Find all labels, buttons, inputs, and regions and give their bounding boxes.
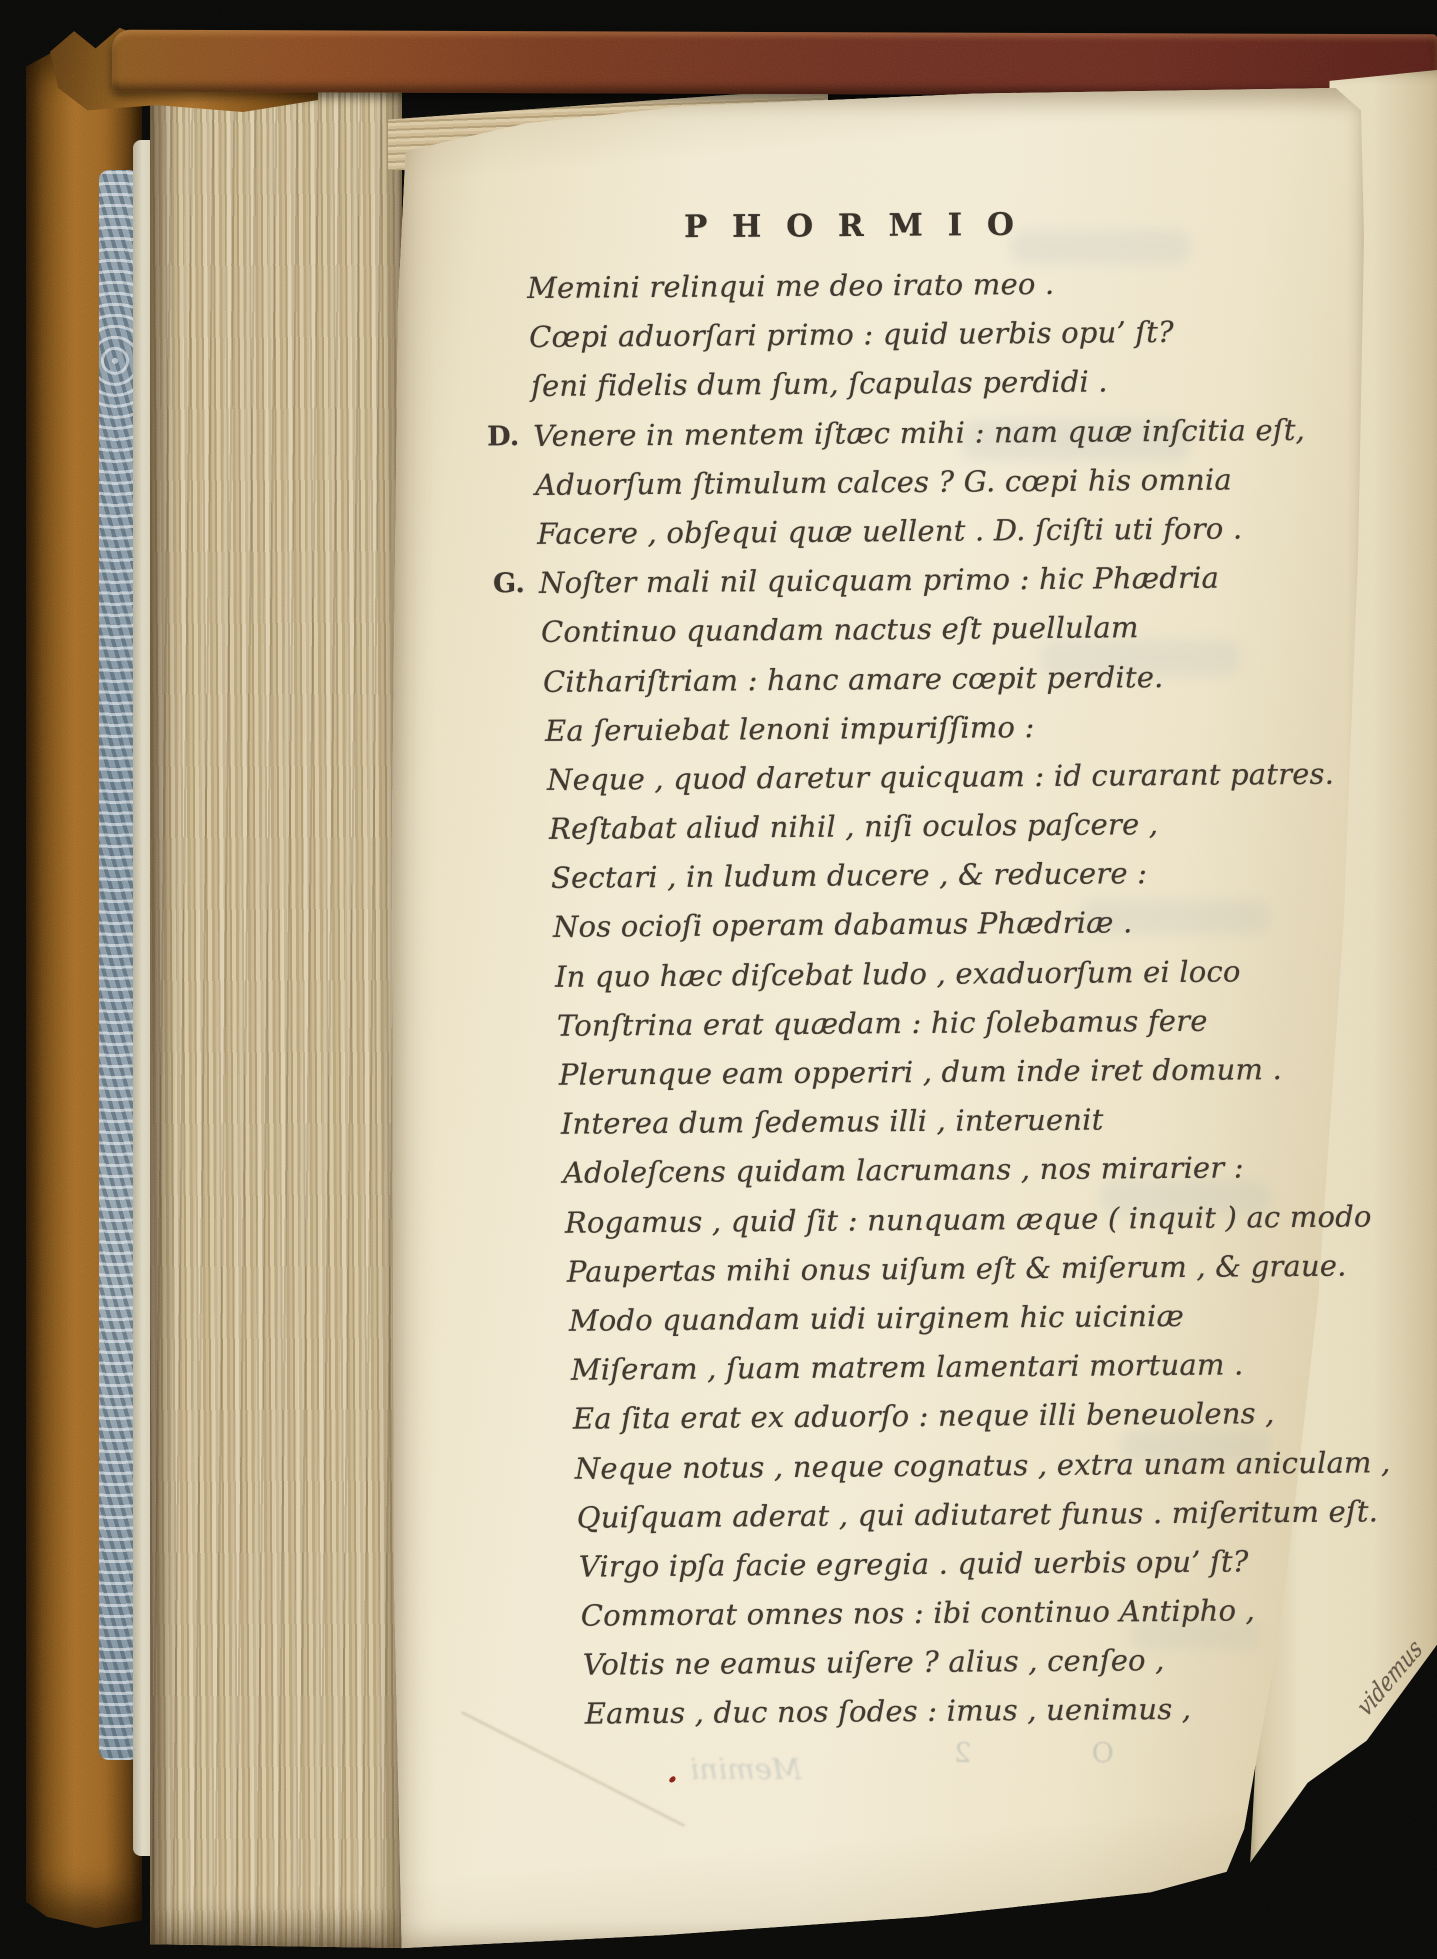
line-text: Rogamus , quid ſit : nunquam æque ( inqu… bbox=[565, 1199, 1372, 1239]
text-line: Adoleſcens quidam lacrumans , nos mirari… bbox=[563, 1143, 1389, 1199]
line-text: Adoleſcens quidam lacrumans , nos mirari… bbox=[563, 1151, 1244, 1190]
line-text: Eamus , duc nos ſodes : imus , uenimus , bbox=[585, 1692, 1192, 1731]
line-text: Nos ocioſi operam dabamus Phædriæ . bbox=[553, 906, 1133, 945]
printed-content: P H O R M I O Memini relinqui me deo ira… bbox=[0, 0, 1437, 1959]
text-line: Aduorſum ſtimulum calces ? G. cœpi his o… bbox=[535, 454, 1383, 510]
line-text: Modo quandam uidi uirginem hic uiciniæ bbox=[569, 1299, 1184, 1338]
text-line: Nos ocioſi operam dabamus Phædriæ . bbox=[553, 897, 1387, 953]
text-line: Memini relinqui me deo irato meo . bbox=[527, 257, 1381, 313]
text-line: Continuo quandam nactus eſt puellulam bbox=[541, 602, 1384, 658]
mirrored-word-showthrough: Memini bbox=[690, 1752, 802, 1786]
line-text: Neque notus , neque cognatus , extra una… bbox=[575, 1445, 1391, 1485]
signature-mark-showthrough: O 2 bbox=[898, 1738, 1114, 1769]
text-line: D.Venere in mentem iſtæc mihi : nam quæ … bbox=[533, 405, 1383, 461]
line-text: Sectari , in ludum ducere , & reducere : bbox=[551, 856, 1147, 895]
text-line: Facere , obſequi quæ uellent . D. ſciſti… bbox=[537, 503, 1383, 559]
speaker-label: G. bbox=[493, 559, 525, 608]
text-line: Paupertas mihi onus uiſum eſt & miſerum … bbox=[567, 1241, 1389, 1297]
line-text: Neque , quod daretur quicquam : id curar… bbox=[547, 757, 1334, 797]
text-line: In quo hæc diſcebat ludo , exaduorſum ei… bbox=[555, 946, 1387, 1002]
text-line: Ea ſeruiebat lenoni impuriſſimo : bbox=[545, 700, 1385, 756]
text-line: ſeni fidelis dum ſum, ſcapulas perdidi . bbox=[531, 356, 1382, 412]
text-line: Eamus , duc nos ſodes : imus , uenimus , bbox=[585, 1684, 1393, 1740]
text-line: Reſtabat aliud nihil , niſi oculos paſce… bbox=[549, 798, 1386, 854]
line-text: Miſeram , ſuam matrem lamentari mortuam … bbox=[571, 1348, 1244, 1387]
line-text: In quo hæc diſcebat ludo , exaduorſum ei… bbox=[555, 954, 1241, 993]
line-text: Cithariſtriam : hanc amare cœpit perdite… bbox=[543, 660, 1164, 699]
text-line: Plerunque eam opperiri , dum inde iret d… bbox=[559, 1044, 1388, 1100]
line-text: Commorat omnes nos : ibi continuo Antiph… bbox=[581, 1593, 1255, 1632]
line-text: Virgo ipſa facie egregia . quid uerbis o… bbox=[579, 1544, 1249, 1583]
text-line: G.Noſter mali nil quicquam primo : hic P… bbox=[539, 552, 1384, 608]
text-line: Sectari , in ludum ducere , & reducere : bbox=[551, 848, 1386, 904]
text-line: Miſeram , ſuam matrem lamentari mortuam … bbox=[571, 1339, 1390, 1395]
text-line: Interea dum ſedemus illi , interuenit bbox=[561, 1093, 1388, 1149]
line-text: Cœpi aduorſari primo : quid uerbis opu’ … bbox=[529, 315, 1174, 354]
line-text: Aduorſum ſtimulum calces ? G. cœpi his o… bbox=[535, 462, 1232, 501]
text-line: Voltis ne eamus uiſere ? alius , cenſeo … bbox=[583, 1634, 1393, 1690]
line-text: Plerunque eam opperiri , dum inde iret d… bbox=[559, 1052, 1282, 1092]
text-line: Ea ſita erat ex aduorſo : neque illi ben… bbox=[573, 1389, 1391, 1445]
text-line: Cithariſtriam : hanc amare cœpit perdite… bbox=[543, 651, 1385, 707]
text-line: Commorat omnes nos : ibi continuo Antiph… bbox=[581, 1585, 1392, 1641]
text-line: Neque , quod daretur quicquam : id curar… bbox=[547, 749, 1385, 805]
line-text: Paupertas mihi onus uiſum eſt & miſerum … bbox=[567, 1248, 1347, 1288]
line-text: Noſter mali nil quicquam primo : hic Phæ… bbox=[539, 561, 1219, 600]
text-block: Memini relinqui me deo irato meo .Cœpi a… bbox=[527, 257, 1393, 1739]
line-text: Continuo quandam nactus eſt puellulam bbox=[541, 611, 1139, 650]
text-line: Modo quandam uidi uirginem hic uiciniæ bbox=[569, 1290, 1390, 1346]
line-text: Memini relinqui me deo irato meo . bbox=[527, 267, 1054, 305]
ink-speck bbox=[668, 1775, 676, 1784]
line-text: ſeni fidelis dum ſum, ſcapulas perdidi . bbox=[531, 365, 1108, 404]
text-line: Tonſtrina erat quædam : hic ſolebamus fe… bbox=[557, 995, 1387, 1051]
text-line: Quiſquam aderat , qui adiutaret funus . … bbox=[577, 1487, 1391, 1543]
line-text: Interea dum ſedemus illi , interuenit bbox=[561, 1103, 1104, 1141]
line-text: Facere , obſequi quæ uellent . D. ſciſti… bbox=[537, 511, 1242, 551]
line-text: Ea ſeruiebat lenoni impuriſſimo : bbox=[545, 710, 1035, 748]
line-text: Voltis ne eamus uiſere ? alius , cenſeo … bbox=[583, 1643, 1165, 1682]
book-photograph: P H O R M I O Memini relinqui me deo ira… bbox=[0, 0, 1437, 1959]
text-line: Neque notus , neque cognatus , extra una… bbox=[575, 1438, 1391, 1494]
text-line: Virgo ipſa facie egregia . quid uerbis o… bbox=[579, 1536, 1392, 1592]
speaker-label: D. bbox=[487, 412, 520, 461]
line-text: Quiſquam aderat , qui adiutaret funus . … bbox=[577, 1494, 1379, 1534]
line-text: Tonſtrina erat quædam : hic ſolebamus fe… bbox=[557, 1003, 1208, 1042]
text-line: Cœpi aduorſari primo : quid uerbis opu’ … bbox=[529, 306, 1382, 362]
line-text: Venere in mentem iſtæc mihi : nam quæ in… bbox=[533, 412, 1305, 452]
text-line: Rogamus , quid ſit : nunquam æque ( inqu… bbox=[565, 1192, 1389, 1248]
line-text: Ea ſita erat ex aduorſo : neque illi ben… bbox=[573, 1396, 1275, 1436]
line-text: Reſtabat aliud nihil , niſi oculos paſce… bbox=[549, 807, 1158, 846]
running-title: P H O R M I O bbox=[684, 207, 1021, 245]
